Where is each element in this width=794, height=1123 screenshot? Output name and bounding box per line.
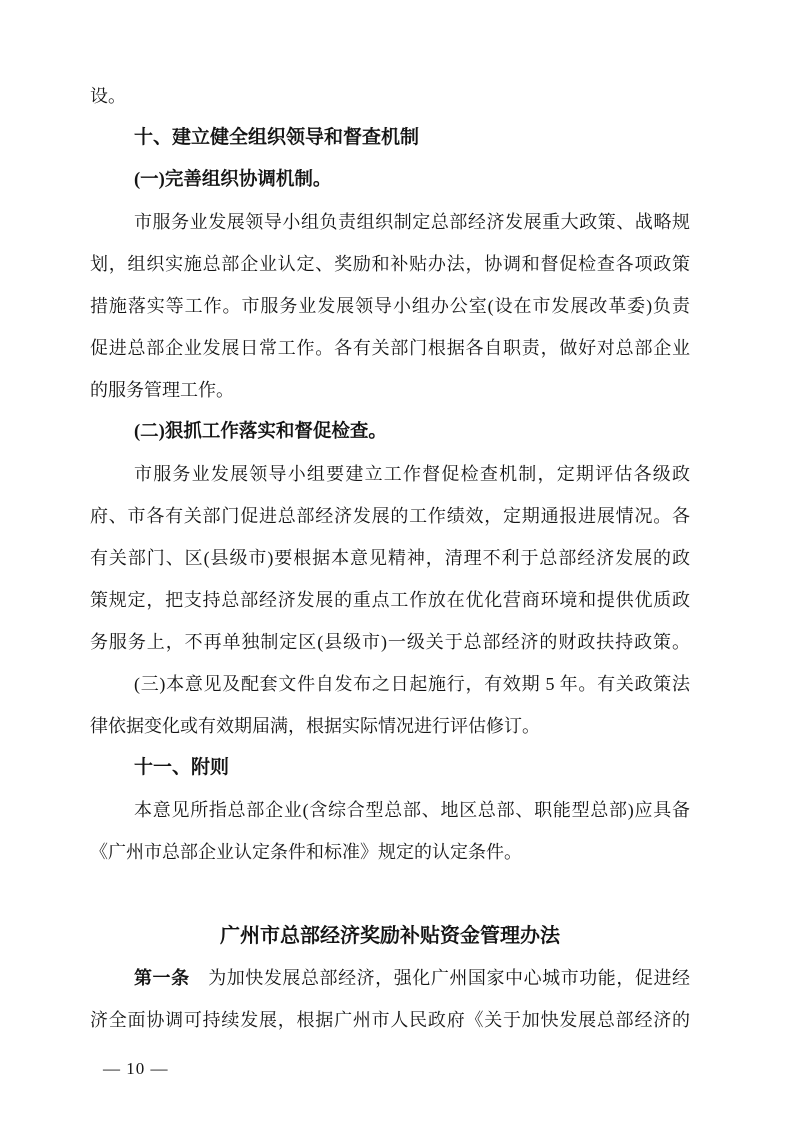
text-line: 府、市各有关部门促进总部经济发展的工作绩效，定期通报进展情况。各 [90, 495, 690, 537]
document-body: 设。十、建立健全组织领导和督查机制(一)完善组织协调机制。市服务业发展领导小组负… [90, 75, 690, 1041]
page-number: — 10 — [103, 1057, 169, 1081]
text-line: 《广州市总部企业认定条件和标准》规定的认定条件。 [90, 831, 690, 873]
text-line: 务服务上，不再单独制定区(县级市)一级关于总部经济的财政扶持政策。 [90, 621, 690, 663]
section-heading: 十一、附则 [90, 747, 690, 789]
text-line: (三)本意见及配套文件自发布之日起施行，有效期 5 年。有关政策法 [90, 663, 690, 705]
text-line: 促进总部企业发展日常工作。各有关部门根据各自职责，做好对总部企业 [90, 327, 690, 369]
text-line: 市服务业发展领导小组负责组织制定总部经济发展重大政策、战略规 [90, 201, 690, 243]
document-title: 广州市总部经济奖励补贴资金管理办法 [90, 915, 690, 957]
article-number-label: 第一条 [134, 968, 190, 988]
section-heading: 十、建立健全组织领导和督查机制 [90, 117, 690, 159]
blank-line [90, 873, 690, 915]
text-line: 措施落实等工作。市服务业发展领导小组办公室(设在市发展改革委)负责 [90, 285, 690, 327]
text-line: 律依据变化或有效期届满，根据实际情况进行评估修订。 [90, 705, 690, 747]
text-line: 济全面协调可持续发展，根据广州市人民政府《关于加快发展总部经济的 [90, 999, 690, 1041]
sub-heading: (二)狠抓工作落实和督促检查。 [90, 411, 690, 453]
text-line: 有关部门、区(县级市)要根据本意见精神，清理不利于总部经济发展的政 [90, 537, 690, 579]
document-page: 设。十、建立健全组织领导和督查机制(一)完善组织协调机制。市服务业发展领导小组负… [0, 0, 794, 1123]
text-line: 本意见所指总部企业(含综合型总部、地区总部、职能型总部)应具备 [90, 789, 690, 831]
text-line: 第一条 为加快发展总部经济，强化广州国家中心城市功能，促进经 [90, 957, 690, 999]
text-line: 的服务管理工作。 [90, 369, 690, 411]
text-line: 划，组织实施总部企业认定、奖励和补贴办法，协调和督促检查各项政策 [90, 243, 690, 285]
text-line: 市服务业发展领导小组要建立工作督促检查机制，定期评估各级政 [90, 453, 690, 495]
sub-heading: (一)完善组织协调机制。 [90, 159, 690, 201]
text-line: 策规定，把支持总部经济发展的重点工作放在优化营商环境和提供优质政 [90, 579, 690, 621]
text-line: 设。 [90, 75, 690, 117]
